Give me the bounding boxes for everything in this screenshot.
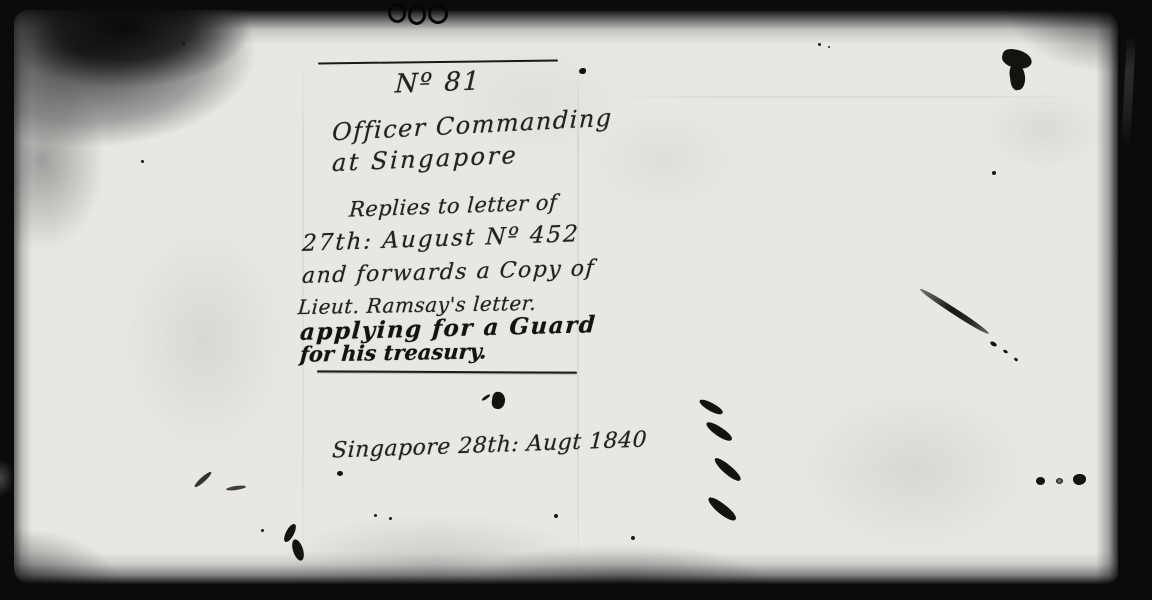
cropped-page-number-fragment [388, 8, 450, 26]
ink-dot-row-3 [1073, 474, 1086, 485]
addressee-line-2: at Singapore [331, 141, 518, 177]
ink-dot-row-1 [1036, 477, 1045, 485]
scribble-loop [407, 4, 428, 26]
place-date-line: Singapore 28th: Augt 1840 [331, 427, 647, 463]
summary-line-1: Replies to letter of [348, 190, 557, 221]
scanner-border-smudge [0, 460, 13, 496]
ink-comma-mark-4 [706, 495, 739, 524]
ink-dot-row-2 [1056, 478, 1063, 484]
summary-line-3: and forwards a Copy of [301, 256, 596, 289]
paper-speck [374, 514, 377, 517]
paper-speck [141, 160, 144, 163]
addressee-line-1: Officer Commanding [332, 104, 613, 147]
document-page: Nº 81 Officer Commanding at Singapore Re… [14, 10, 1118, 584]
ink-comma-mark-3 [712, 455, 743, 483]
ink-slash-dot-2 [1003, 349, 1009, 354]
scribble-loop [386, 1, 408, 24]
paper-speck [182, 42, 185, 45]
paper-speck [631, 536, 635, 540]
paper-speck [818, 43, 821, 46]
paper-speck [261, 529, 264, 532]
docket-number: Nº 81 [395, 66, 482, 99]
summary-line-6: for his treasury. [299, 338, 488, 366]
ruled-line-bottom [317, 370, 577, 373]
paper-speck [992, 171, 996, 175]
ink-slash-dot-3 [1014, 357, 1019, 362]
scribble-loop [427, 3, 449, 25]
scanner-border-streak [1121, 36, 1136, 146]
ink-slash-stroke [918, 286, 990, 336]
ruled-line-top [318, 60, 558, 65]
paper-speck [389, 517, 392, 520]
fold-crease-horizontal [614, 96, 1084, 98]
paper-speck [828, 46, 830, 48]
ink-tick-near-rule [579, 68, 586, 74]
ink-dash-bottom-left-1 [193, 470, 213, 488]
scanned-document-canvas: Nº 81 Officer Commanding at Singapore Re… [0, 0, 1152, 600]
paper-speck [554, 514, 558, 518]
ink-mark-blob [491, 391, 506, 410]
ink-mark-tick [481, 393, 491, 401]
ink-dot-under-dateline [337, 471, 343, 476]
ink-dash-bottom-left-2 [226, 485, 246, 492]
ink-comma-mark-1 [698, 397, 725, 416]
summary-line-2: 27th: August Nº 452 [301, 221, 580, 257]
ink-slash-dot-1 [989, 341, 997, 348]
ink-comma-mark-2 [704, 420, 734, 444]
